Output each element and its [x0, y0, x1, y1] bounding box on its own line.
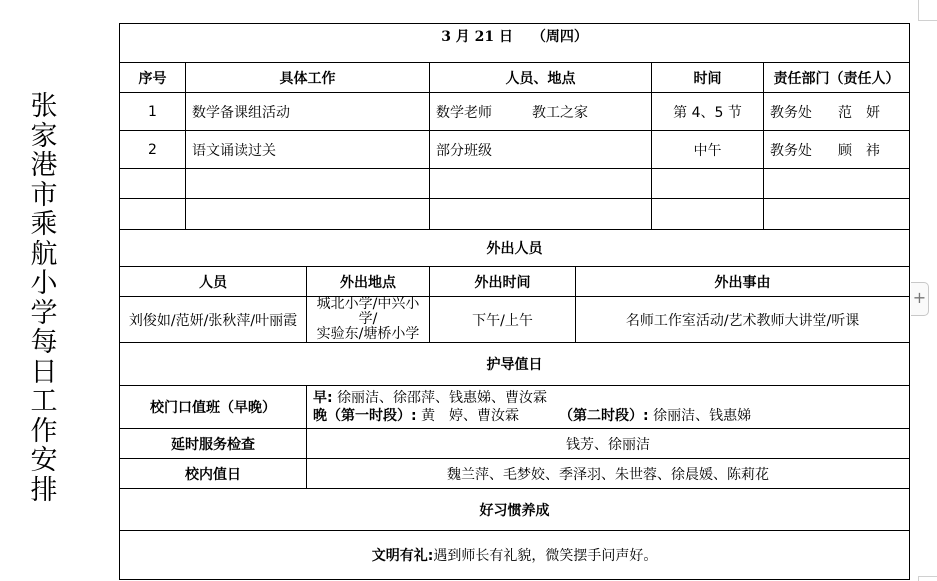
title-char: 家: [26, 122, 62, 152]
title-char: 工: [26, 387, 62, 417]
section-title-duty: 护导值日: [120, 343, 910, 386]
header-no: 序号: [120, 63, 186, 93]
row-people: 部分班级: [436, 143, 492, 159]
empty-cell: [764, 169, 910, 199]
outing-header-people: 人员: [120, 267, 307, 297]
outing-people: 刘俊如/范妍/张秋萍/叶丽霞: [120, 297, 307, 343]
habit-text: 遇到师长有礼貌，微笑摆手问声好。: [433, 548, 657, 564]
evening1-label: 晚（第一时段）:: [313, 408, 417, 424]
evening2-names: 徐丽洁、钱惠娣: [653, 408, 751, 424]
title-char: 作: [26, 417, 62, 447]
duty-campus-label: 校内值日: [120, 459, 307, 489]
row-task: 数学备课组活动: [186, 93, 430, 131]
outing-row: 刘俊如/范妍/张秋萍/叶丽霞 城北小学/中兴小学/实验东/塘桥小学 下午/上午 …: [120, 297, 910, 343]
evening2-label: （第二时段）:: [559, 408, 649, 424]
duty-evening-line: 晚（第一时段）: 黄 婷、曹汝霖（第二时段）: 徐丽洁、钱惠娣: [313, 407, 903, 425]
empty-cell: [764, 199, 910, 230]
empty-cell: [430, 169, 652, 199]
duty-row-campus: 校内值日 魏兰萍、毛梦姣、季泽羽、朱世蓉、徐晨媛、陈莉花: [120, 459, 910, 489]
outing-place-line: 实验东/塘桥小学: [317, 326, 420, 342]
header-time: 时间: [652, 63, 764, 93]
table-row: 2 语文诵读过关 部分班级 中午 教务处顾 祎: [120, 131, 910, 169]
outing-place: 城北小学/中兴小学/实验东/塘桥小学: [307, 297, 430, 343]
row-no: 2: [120, 131, 186, 169]
row-people-place: 部分班级: [430, 131, 652, 169]
document-side-title: 张 家 港 市 乘 航 小 学 每 日 工 作 安 排: [26, 92, 62, 505]
row-dept: 教务处顾 祎: [764, 131, 910, 169]
empty-cell: [120, 169, 186, 199]
page-corner-marker: [918, 0, 937, 21]
header-dept: 责任部门（责任人）: [764, 63, 910, 93]
row-person: 范 妍: [838, 105, 880, 121]
header-people-place: 人员、地点: [430, 63, 652, 93]
title-char: 排: [26, 476, 62, 506]
row-dept: 教务处范 妍: [764, 93, 910, 131]
schedule-table: 3 月 21 日 （周四） 序号 具体工作 人员、地点 时间 责任部门（责任人）…: [119, 23, 910, 580]
duty-row-delay: 延时服务检查 钱芳、徐丽洁: [120, 429, 910, 459]
title-char: 每: [26, 328, 62, 358]
morning-label: 早:: [313, 390, 333, 406]
row-task: 语文诵读过关: [186, 131, 430, 169]
section-title-outing: 外出人员: [120, 230, 910, 267]
row-no: 1: [120, 93, 186, 131]
table-row-empty: [120, 199, 910, 230]
date-title: 3 月 21 日 （周四）: [120, 24, 910, 63]
title-char: 安: [26, 446, 62, 476]
row-place: 教工之家: [532, 105, 588, 121]
outing-time: 下午/上午: [430, 297, 576, 343]
row-person: 顾 祎: [838, 143, 880, 159]
title-char: 小: [26, 269, 62, 299]
row-people: 数学老师: [436, 105, 492, 121]
row-people-place: 数学老师教工之家: [430, 93, 652, 131]
add-row-button[interactable]: +: [911, 282, 929, 316]
outing-place-line: 城北小学/中兴小学/: [317, 297, 420, 328]
title-char: 张: [26, 92, 62, 122]
section-title-habit: 好习惯养成: [120, 489, 910, 531]
page-corner-marker: [918, 576, 937, 581]
duty-gate-names: 早: 徐丽洁、徐邵萍、钱惠娣、曹汝霖 晚（第一时段）: 黄 婷、曹汝霖（第二时段…: [307, 386, 910, 429]
outing-header-reason: 外出事由: [576, 267, 910, 297]
outing-header-time: 外出时间: [430, 267, 576, 297]
title-char: 港: [26, 151, 62, 181]
outing-header-place: 外出地点: [307, 267, 430, 297]
duty-morning-line: 早: 徐丽洁、徐邵萍、钱惠娣、曹汝霖: [313, 389, 903, 407]
title-char: 航: [26, 240, 62, 270]
table-row-empty: [120, 169, 910, 199]
row-dept-name: 教务处: [770, 143, 812, 159]
empty-cell: [120, 199, 186, 230]
empty-cell: [186, 169, 430, 199]
duty-row-gate: 校门口值班（早晚） 早: 徐丽洁、徐邵萍、钱惠娣、曹汝霖 晚（第一时段）: 黄 …: [120, 386, 910, 429]
duty-gate-label: 校门口值班（早晚）: [120, 386, 307, 429]
morning-names: 徐丽洁、徐邵萍、钱惠娣、曹汝霖: [337, 390, 547, 406]
empty-cell: [652, 169, 764, 199]
empty-cell: [652, 199, 764, 230]
duty-delay-names: 钱芳、徐丽洁: [307, 429, 910, 459]
empty-cell: [186, 199, 430, 230]
row-time: 中午: [652, 131, 764, 169]
outing-reason: 名师工作室活动/艺术教师大讲堂/听课: [576, 297, 910, 343]
row-time: 第 4、5 节: [652, 93, 764, 131]
habit-content: 文明有礼:遇到师长有礼貌，微笑摆手问声好。: [120, 531, 910, 580]
habit-label: 文明有礼:: [372, 548, 434, 564]
table-row: 1 数学备课组活动 数学老师教工之家 第 4、5 节 教务处范 妍: [120, 93, 910, 131]
title-char: 日: [26, 358, 62, 388]
empty-cell: [430, 199, 652, 230]
title-char: 乘: [26, 210, 62, 240]
header-task: 具体工作: [186, 63, 430, 93]
title-char: 市: [26, 181, 62, 211]
row-dept-name: 教务处: [770, 105, 812, 121]
title-char: 学: [26, 299, 62, 329]
evening1-names: 黄 婷、曹汝霖: [421, 408, 519, 424]
duty-campus-names: 魏兰萍、毛梦姣、季泽羽、朱世蓉、徐晨媛、陈莉花: [307, 459, 910, 489]
duty-delay-label: 延时服务检查: [120, 429, 307, 459]
